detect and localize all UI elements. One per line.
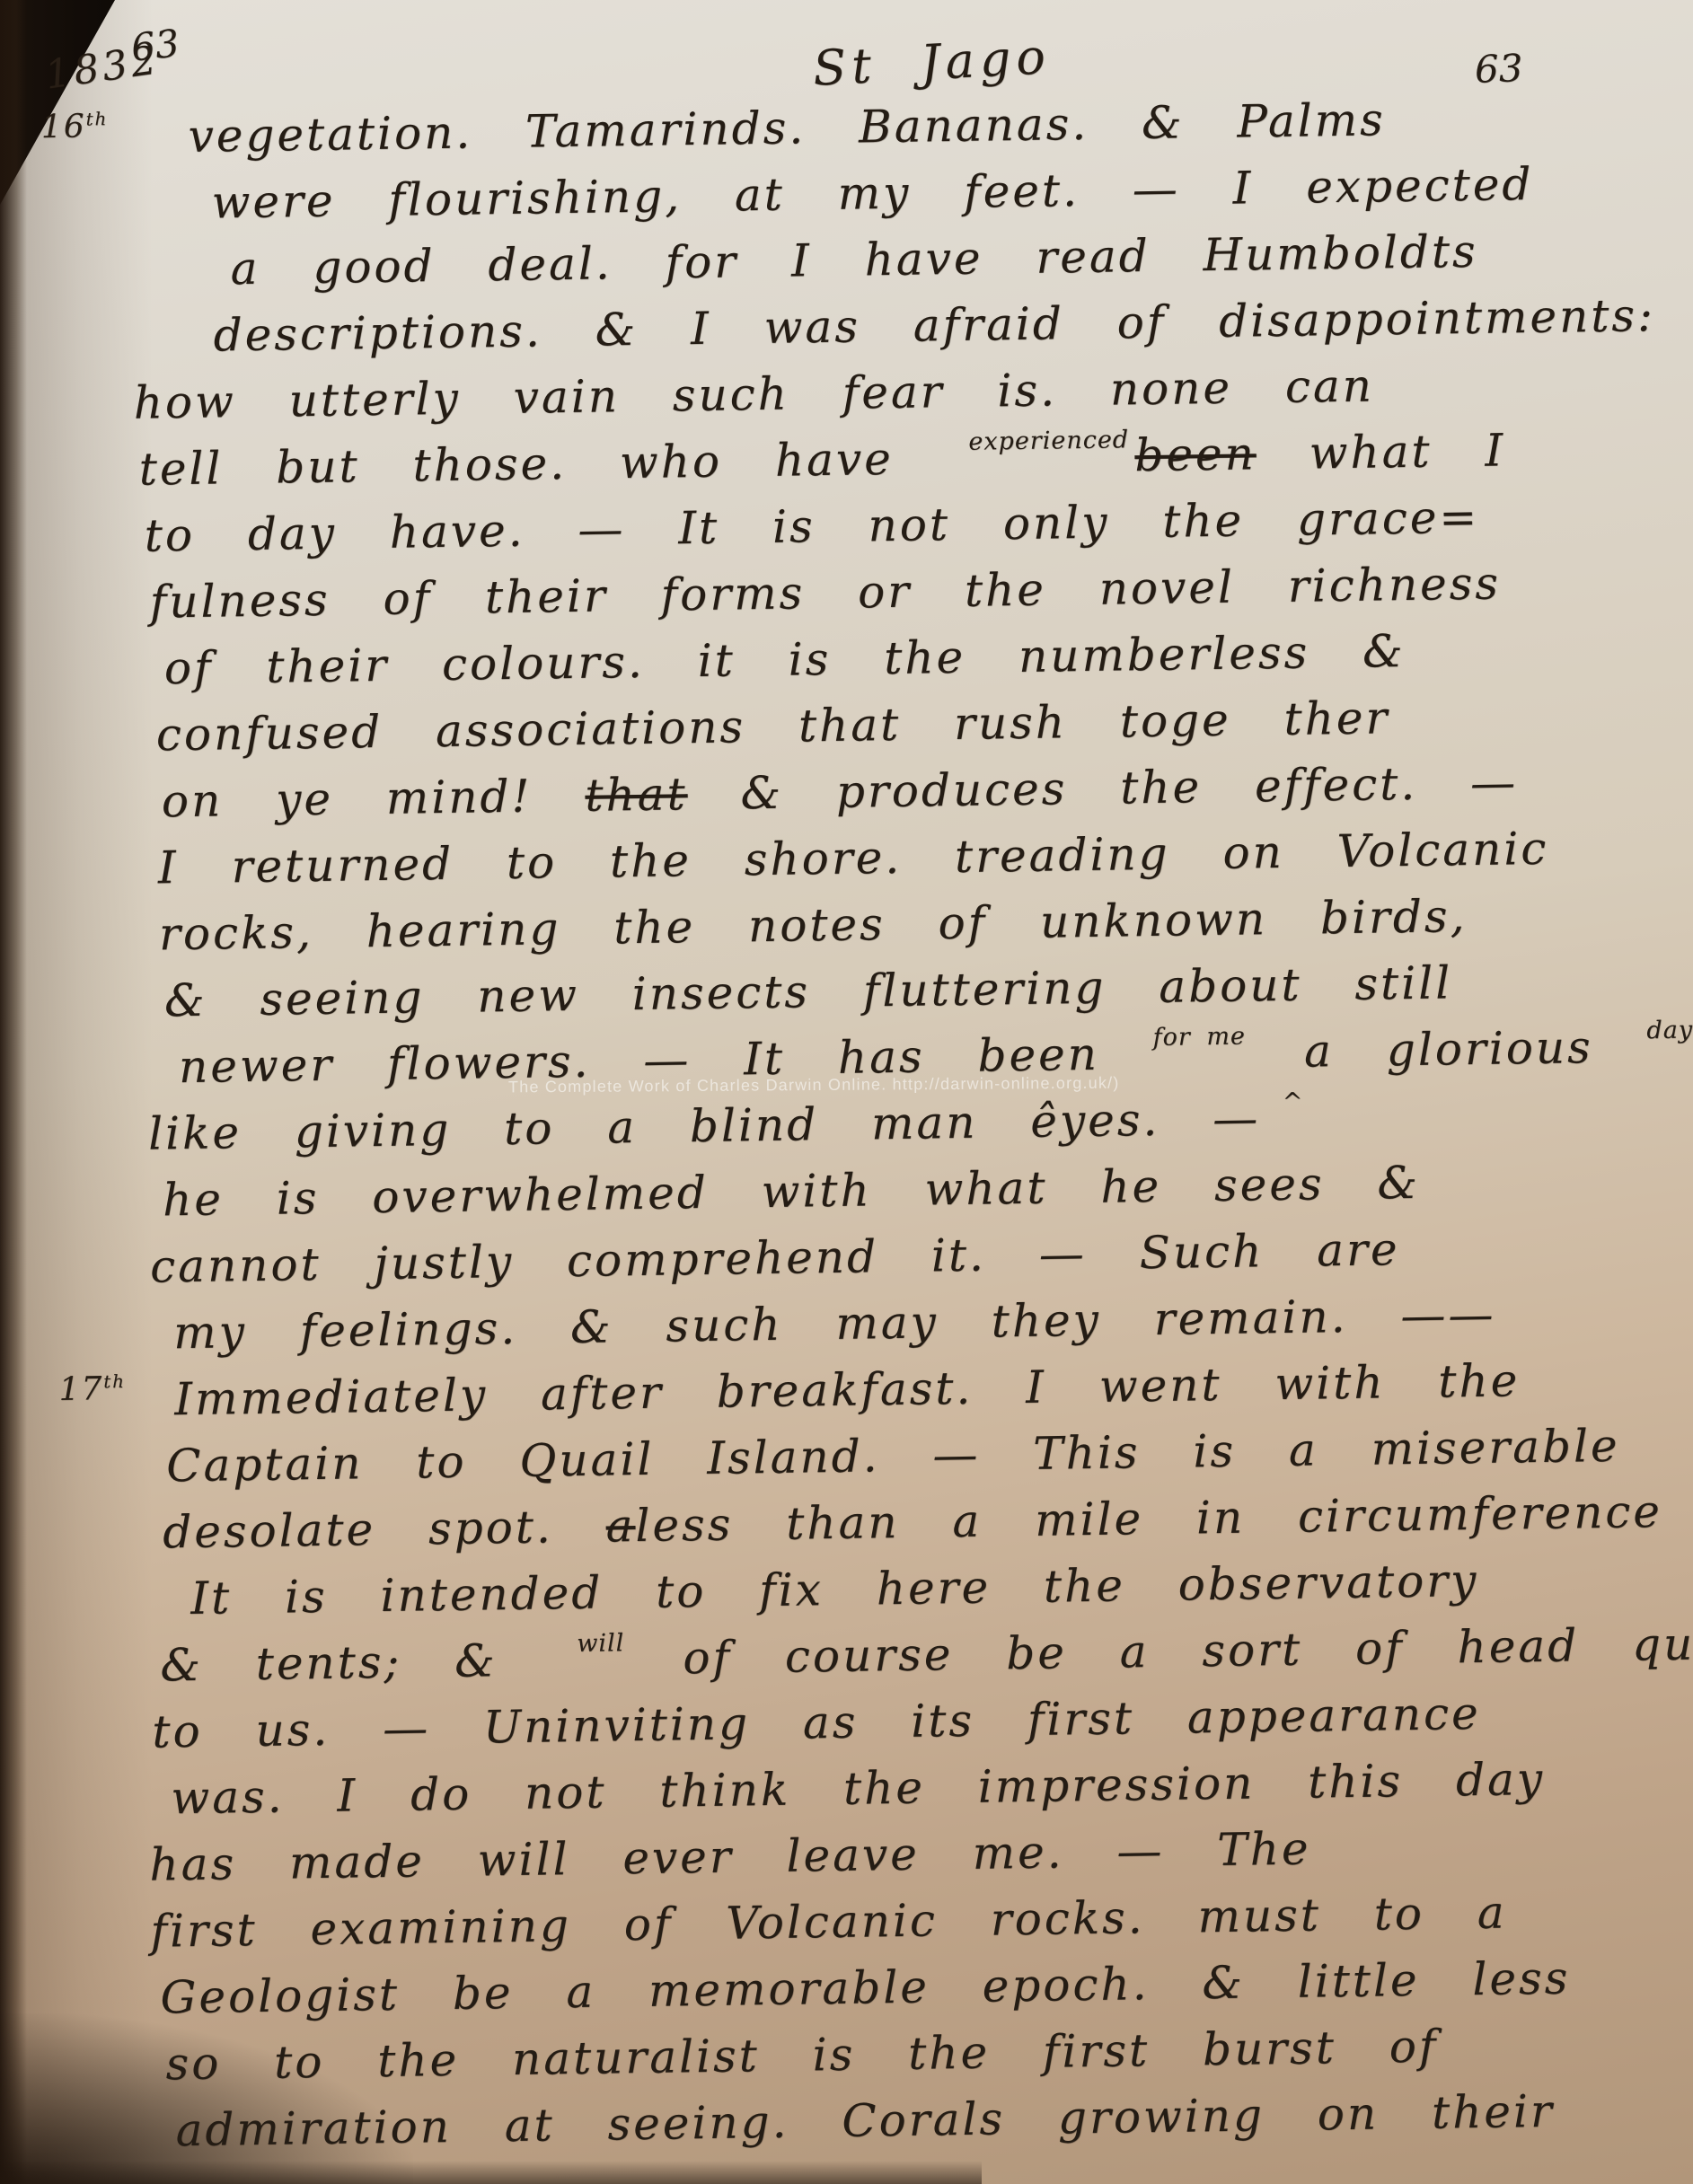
page-heading: St Jago <box>812 28 1053 97</box>
text-segment-insert: experienced <box>955 427 1129 454</box>
text-segment: of their colours. it is the numberless & <box>163 625 1406 694</box>
text-segment: admiration at seeing. Corals growing on … <box>175 2085 1555 2156</box>
text-segment: confused associations that rush toge the… <box>155 691 1389 761</box>
text-segment: so to the naturalist is the first burst … <box>165 2021 1439 2091</box>
text-segment-strike: been <box>1134 427 1257 481</box>
text-segment-insert: will <box>559 1631 624 1656</box>
text-segment: less than a mile in circumference <box>635 1485 1662 1552</box>
text-segment: a glorious <box>1251 1021 1593 1078</box>
text-segment: on ye mind! <box>162 770 586 828</box>
text-segment: cannot justly comprehend it. — Such are <box>150 1223 1400 1292</box>
text-segment: has made will ever leave me. — The <box>149 1823 1311 1891</box>
text-segment: Geologist be a memorable epoch. & little… <box>160 1952 1571 2024</box>
text-segment: & produces the effect. — <box>687 756 1518 820</box>
text-segment: desolate spot. <box>163 1501 606 1559</box>
text-segment: first examining of Volcanic rocks. must … <box>150 1887 1507 1958</box>
text-segment-insert: for me <box>1107 1025 1246 1051</box>
manuscript-photo-page: 1832 63 St Jago 63 The Complete Work of … <box>0 0 1693 2184</box>
text-segment-insert: day <box>1601 1018 1693 1044</box>
text-segment: of course be a sort of head quarters <box>630 1616 1693 1685</box>
text-segment: rocks, hearing the notes of unknown bird… <box>159 890 1468 960</box>
text-segment: were flourishing, at my feet. — I expect… <box>211 158 1534 229</box>
bottom-edge-shadow <box>0 2161 982 2184</box>
text-segment: to us. — Uninviting as its first appeara… <box>152 1687 1481 1758</box>
margin-date: 17th <box>22 1370 126 1409</box>
text-segment: & tents; & <box>160 1634 551 1691</box>
text-segment: was. I do not think the impression this … <box>171 1753 1545 1824</box>
text-segment: he is overwhelmed with what he sees & <box>163 1157 1421 1227</box>
text-segment: It is intended to fix here the observato… <box>190 1554 1479 1625</box>
text-segment: what I <box>1256 424 1505 480</box>
folio-number-left: 63 <box>129 21 181 69</box>
manuscript-lines: Jan: 16thvegetation. Tamarinds. Bananas.… <box>120 83 1667 2163</box>
margin-date: Jan: 16th <box>0 108 109 148</box>
text-segment: descriptions. & I was afraid of disappoi… <box>213 289 1655 361</box>
text-segment: tell but those. who have <box>138 432 947 496</box>
text-segment: vegetation. Tamarinds. Bananas. & Palms <box>188 93 1386 163</box>
text-segment: how utterly vain such fear is. none can <box>133 359 1374 428</box>
text-segment-insert: ^ <box>1269 1090 1304 1115</box>
text-segment: to day have. — It is not only the grace= <box>144 491 1479 562</box>
text-segment: fulness of their forms or the novel rich… <box>149 558 1501 629</box>
text-segment: newer flowers. — It has been <box>179 1028 1100 1093</box>
book-gutter-edge <box>0 0 27 2184</box>
text-segment-strike: that <box>585 768 688 822</box>
text-segment: Immediately after breakfast. I went with… <box>174 1354 1521 1425</box>
text-segment: like giving to a blind man êyes. — <box>148 1092 1261 1159</box>
text-segment: & seeing new insects fluttering about st… <box>164 956 1453 1026</box>
text-segment: a good deal. for I have read Humboldts <box>230 225 1478 295</box>
text-segment: I returned to the shore. treading on Vol… <box>158 823 1549 894</box>
text-segment: my feelings. & such may they remain. —— <box>173 1289 1496 1360</box>
text-segment-strike: a <box>605 1500 636 1552</box>
